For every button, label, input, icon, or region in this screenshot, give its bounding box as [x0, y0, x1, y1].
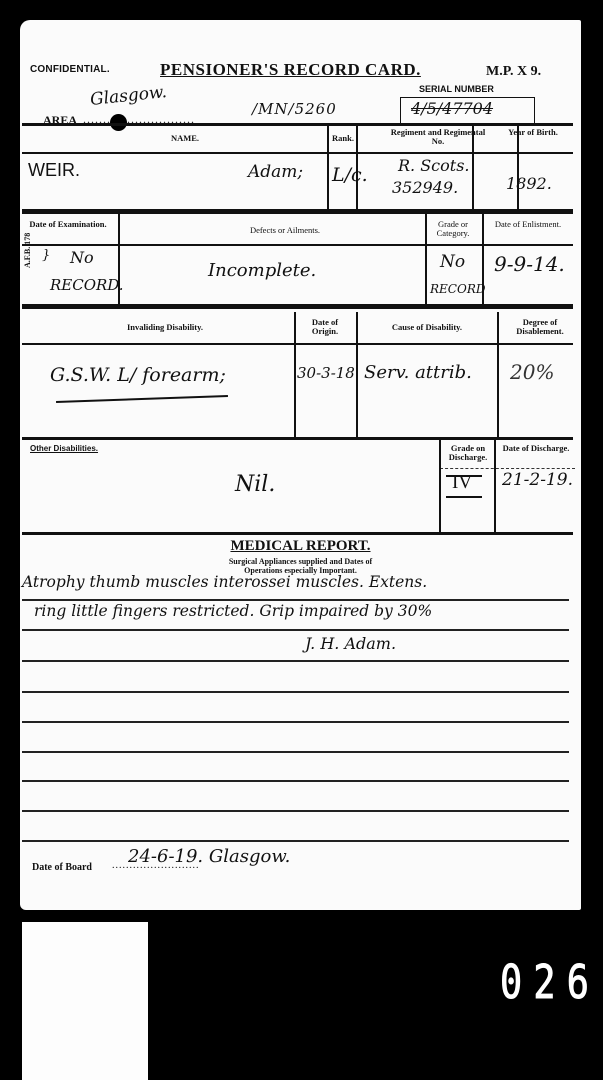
date-of-enlistment-value: 9-9-14.: [494, 252, 565, 276]
confidential-label: CONFIDENTIAL.: [30, 64, 110, 75]
column-rule: [517, 126, 519, 209]
header-rank: Rank.: [328, 134, 358, 143]
ruled-line: [22, 810, 569, 812]
forename: Adam;: [248, 162, 303, 182]
pensioner-record-card: CONFIDENTIAL. PENSIONER'S RECORD CARD. M…: [20, 20, 581, 910]
blank-slip: [22, 922, 148, 1080]
regiment-value: R. Scots.: [398, 156, 470, 175]
ruled-line: [22, 840, 569, 842]
date-of-discharge-value: 21-2-19.: [502, 470, 573, 490]
header-grade-on-discharge: Grade on Discharge.: [442, 444, 494, 462]
column-rule: [439, 440, 441, 532]
column-rule: [356, 312, 358, 437]
header-invaliding-disability: Invaliding Disability.: [90, 323, 240, 332]
surname: WEIR.: [28, 160, 80, 181]
serial-number-value: 4/5/47704: [411, 99, 493, 118]
header-date-of-enlistment: Date of Enlistment.: [488, 220, 568, 229]
roman-overline: [446, 475, 482, 477]
date-of-board-value: 24-6-19. Glasgow.: [128, 846, 290, 867]
bracket: }: [42, 248, 50, 263]
date-of-origin-value: 30-3-18: [297, 364, 355, 382]
regimental-number: 352949.: [392, 178, 458, 197]
header-year-of-birth: Year of Birth.: [498, 128, 568, 137]
form-code: M.P. X 9.: [486, 64, 541, 80]
roman-underline: [446, 496, 482, 498]
ruled-line: [22, 660, 569, 662]
ruled-line: [22, 721, 569, 723]
divider: [22, 437, 573, 440]
year-of-birth-value: 1892.: [506, 174, 552, 193]
side-form-code: A.F.B. 178: [23, 233, 32, 268]
exam-date-line-1: No: [70, 248, 94, 267]
frame-counter: 026: [500, 955, 600, 1009]
underline-flourish: [56, 395, 228, 403]
ruled-line: [22, 599, 569, 601]
rank-value: L/c.: [332, 164, 368, 186]
header-degree-of-disablement: Degree of Disablement.: [502, 318, 578, 336]
header-defects: Defects or Ailments.: [170, 226, 400, 235]
divider-thick: [22, 304, 573, 309]
header-date-of-examination: Date of Examination.: [28, 220, 108, 229]
medical-report-line-1: Atrophy thumb muscles interossei muscles…: [22, 573, 427, 591]
divider: [22, 343, 573, 345]
header-date-of-origin: Date of Origin.: [300, 318, 350, 336]
header-name: NAME.: [120, 134, 250, 143]
header-other-disabilities: Other Disabilities.: [30, 445, 98, 453]
column-rule: [327, 126, 329, 209]
ruled-line: [22, 780, 569, 782]
date-of-board-label: Date of Board: [32, 862, 92, 873]
grade-line-2: RECORD: [430, 282, 485, 296]
other-disabilities-value: Nil.: [235, 472, 275, 497]
card-title: PENSIONER'S RECORD CARD.: [160, 60, 421, 80]
exam-date-line-2: RECORD.: [50, 276, 124, 294]
divider-thick: [22, 209, 573, 214]
divider: [22, 532, 573, 535]
divider: [22, 244, 573, 246]
header-cause-of-disability: Cause of Disability.: [362, 323, 492, 332]
ruled-line: [22, 751, 569, 753]
ruled-line: [22, 691, 569, 693]
column-rule: [294, 312, 296, 437]
column-rule: [472, 126, 474, 209]
divider: [440, 468, 575, 469]
ruled-line: [22, 629, 569, 631]
header-grade: Grade or Category.: [429, 220, 477, 238]
file-reference: /MN/5260: [252, 100, 337, 118]
invaliding-disability-value: G.S.W. L/ forearm;: [50, 364, 226, 386]
cause-of-disability-value: Serv. attrib.: [364, 362, 472, 383]
degree-of-disablement-value: 20%: [510, 360, 554, 384]
divider: [22, 152, 573, 154]
defects-value: Incomplete.: [208, 260, 316, 281]
divider: [22, 123, 573, 126]
area-value: Glasgow.: [89, 82, 168, 110]
column-rule: [497, 312, 499, 437]
serial-number-label: SERIAL NUMBER: [419, 84, 494, 94]
header-date-of-discharge: Date of Discharge.: [500, 444, 572, 453]
medical-report-line-2: ring little fingers restricted. Grip imp…: [34, 602, 432, 620]
grade-line-1: No: [440, 252, 465, 272]
column-rule: [494, 440, 496, 532]
column-rule: [425, 214, 427, 304]
medical-report-title: MEDICAL REPORT.: [20, 538, 581, 555]
medical-report-signature: J. H. Adam.: [305, 634, 396, 653]
